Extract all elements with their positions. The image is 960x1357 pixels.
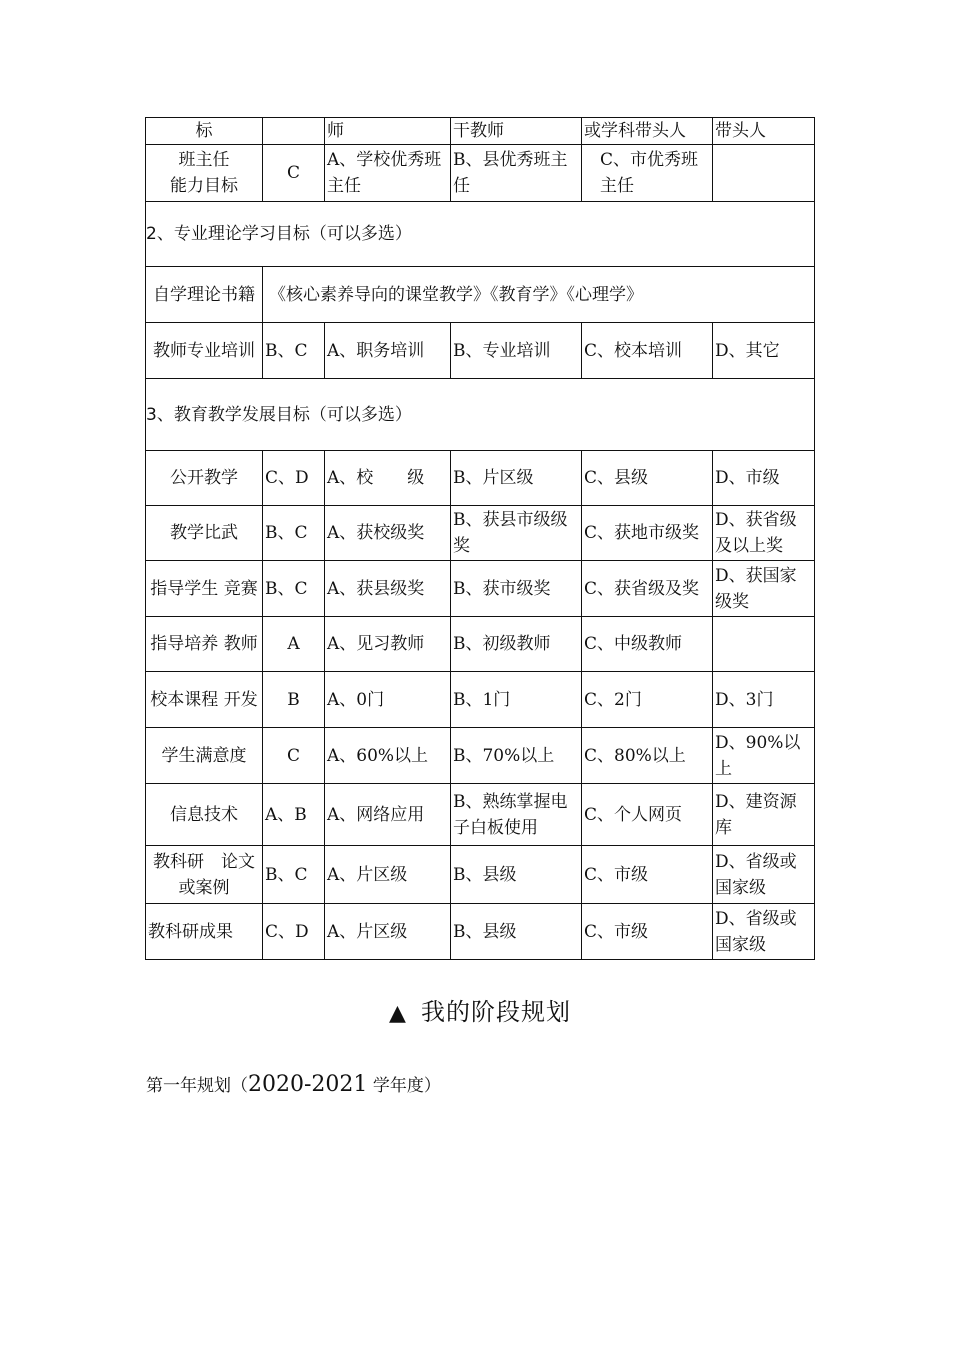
stage-plan-heading: ▲我的阶段规划 [0,992,960,1027]
triangle-icon: ▲ [389,1001,407,1026]
row-answer: B、C [263,323,325,379]
row-label: 教科研 论文或案例 [146,846,263,904]
row-answer: B、C [263,846,325,904]
option-cell: C、2门 [582,672,713,728]
option-cell: A、片区级 [325,904,451,960]
table-row: 公开教学 C、D A、校 级 B、片区级 C、县级 D、市级 [146,451,815,506]
option-cell: C、市级 [582,904,713,960]
section-row: 2、专业理论学习目标（可以多选） [146,202,815,267]
option-cell: B、熟练掌握电子白板使用 [451,784,582,846]
row-label-line: 班主任 [148,147,260,173]
option-cell: D、建资源库 [713,784,815,846]
option-cell: A、0门 [325,672,451,728]
self-study-row: 自学理论书籍 《核心素养导向的课堂教学》《教育学》《心理学》 [146,267,815,323]
row-label: 校本课程 开发 [146,672,263,728]
option-cell: A、见习教师 [325,617,451,672]
training-row: 教师专业培训 B、C A、职务培训 B、专业培训 C、校本培训 D、其它 [146,323,815,379]
option-cell: A、学校优秀班主任 [325,145,451,202]
option-cell: A、职务培训 [325,323,451,379]
option-cell [713,617,815,672]
table-row: 校本课程 开发 B A、0门 B、1门 C、2门 D、3门 [146,672,815,728]
class-teacher-row: 班主任 能力目标 C A、学校优秀班主任 B、县优秀班主任 C、市优秀班主任 [146,145,815,202]
header-cell [263,118,325,145]
table-row: 指导学生 竞赛 B、C A、获县级奖 B、获市级奖 C、获省级及奖 D、获国家级… [146,561,815,617]
section-row: 3、教育教学发展目标（可以多选） [146,379,815,451]
option-cell: B、县级 [451,904,582,960]
row-label: 班主任 能力目标 [146,145,263,202]
option-cell: B、片区级 [451,451,582,506]
row-answer: C [263,145,325,202]
option-cell: B、获县市级级奖 [451,506,582,561]
table-row: 教学比武 B、C A、获校级奖 B、获县市级级奖 C、获地市级奖 D、获省级及以… [146,506,815,561]
option-cell: B、县级 [451,846,582,904]
option-cell: C、80%以上 [582,728,713,784]
stage-plan-title: 我的阶段规划 [421,998,571,1026]
row-answer: A [263,617,325,672]
table-row: 学生满意度 C A、60%以上 B、70%以上 C、80%以上 D、90%以上 [146,728,815,784]
goals-table: 标 师 干教师 或学科带头人 带头人 班主任 能力目标 C A、学校优秀班主任 … [145,117,815,960]
header-cell: 师 [325,118,451,145]
option-cell: C、市优秀班主任 [582,145,713,202]
option-cell: B、县优秀班主任 [451,145,582,202]
first-year-prefix: 第一年规划（ [146,1076,248,1096]
option-cell: C、个人网页 [582,784,713,846]
first-year-years: 2020-2021 [248,1072,367,1097]
row-answer: C、D [263,904,325,960]
option-cell: D、省级或国家级 [713,846,815,904]
first-year-suffix: 学年度） [367,1076,440,1096]
header-cell: 或学科带头人 [582,118,713,145]
option-cell: C、市级 [582,846,713,904]
option-cell [713,145,815,202]
row-answer: B、C [263,506,325,561]
option-cell: A、获校级奖 [325,506,451,561]
option-cell: A、校 级 [325,451,451,506]
row-answer: C [263,728,325,784]
table-row: 指导培养 教师 A A、见习教师 B、初级教师 C、中级教师 [146,617,815,672]
row-label: 学生满意度 [146,728,263,784]
row-label-line: 能力目标 [148,173,260,199]
books-cell: 《核心素养导向的课堂教学》《教育学》《心理学》 [263,267,815,323]
row-label: 自学理论书籍 [146,267,263,323]
row-label: 教师专业培训 [146,323,263,379]
option-cell: D、获省级及以上奖 [713,506,815,561]
option-cell: D、市级 [713,451,815,506]
row-answer: C、D [263,451,325,506]
option-cell: C、县级 [582,451,713,506]
option-cell: D、省级或国家级 [713,904,815,960]
table-row: 教科研 论文或案例 B、C A、片区级 B、县级 C、市级 D、省级或国家级 [146,846,815,904]
option-cell: B、专业培训 [451,323,582,379]
header-row: 标 师 干教师 或学科带头人 带头人 [146,118,815,145]
option-cell: D、获国家级奖 [713,561,815,617]
option-cell: D、其它 [713,323,815,379]
header-cell: 干教师 [451,118,582,145]
header-cell: 带头人 [713,118,815,145]
option-cell: C、获地市级奖 [582,506,713,561]
option-cell: C、中级教师 [582,617,713,672]
option-cell: D、3门 [713,672,815,728]
row-label: 指导培养 教师 [146,617,263,672]
option-cell: A、60%以上 [325,728,451,784]
option-cell: A、片区级 [325,846,451,904]
option-cell: B、获市级奖 [451,561,582,617]
row-answer: B [263,672,325,728]
row-answer: A、B [263,784,325,846]
section-title: 2、专业理论学习目标（可以多选） [146,202,815,267]
row-label: 教学比武 [146,506,263,561]
row-label: 指导学生 竞赛 [146,561,263,617]
table-row: 信息技术 A、B A、网络应用 B、熟练掌握电子白板使用 C、个人网页 D、建资… [146,784,815,846]
header-cell: 标 [146,118,263,145]
option-cell: B、70%以上 [451,728,582,784]
first-year-heading: 第一年规划（2020-2021 学年度） [146,1071,441,1097]
option-cell: D、90%以上 [713,728,815,784]
option-cell: B、初级教师 [451,617,582,672]
option-cell: A、网络应用 [325,784,451,846]
row-label: 信息技术 [146,784,263,846]
option-cell: C、获省级及奖 [582,561,713,617]
option-cell: C、校本培训 [582,323,713,379]
option-cell: B、1门 [451,672,582,728]
row-label: 公开教学 [146,451,263,506]
row-answer: B、C [263,561,325,617]
row-label: 教科研成果 [146,904,263,960]
section-title: 3、教育教学发展目标（可以多选） [146,379,815,451]
option-cell: A、获县级奖 [325,561,451,617]
table-row: 教科研成果 C、D A、片区级 B、县级 C、市级 D、省级或国家级 [146,904,815,960]
